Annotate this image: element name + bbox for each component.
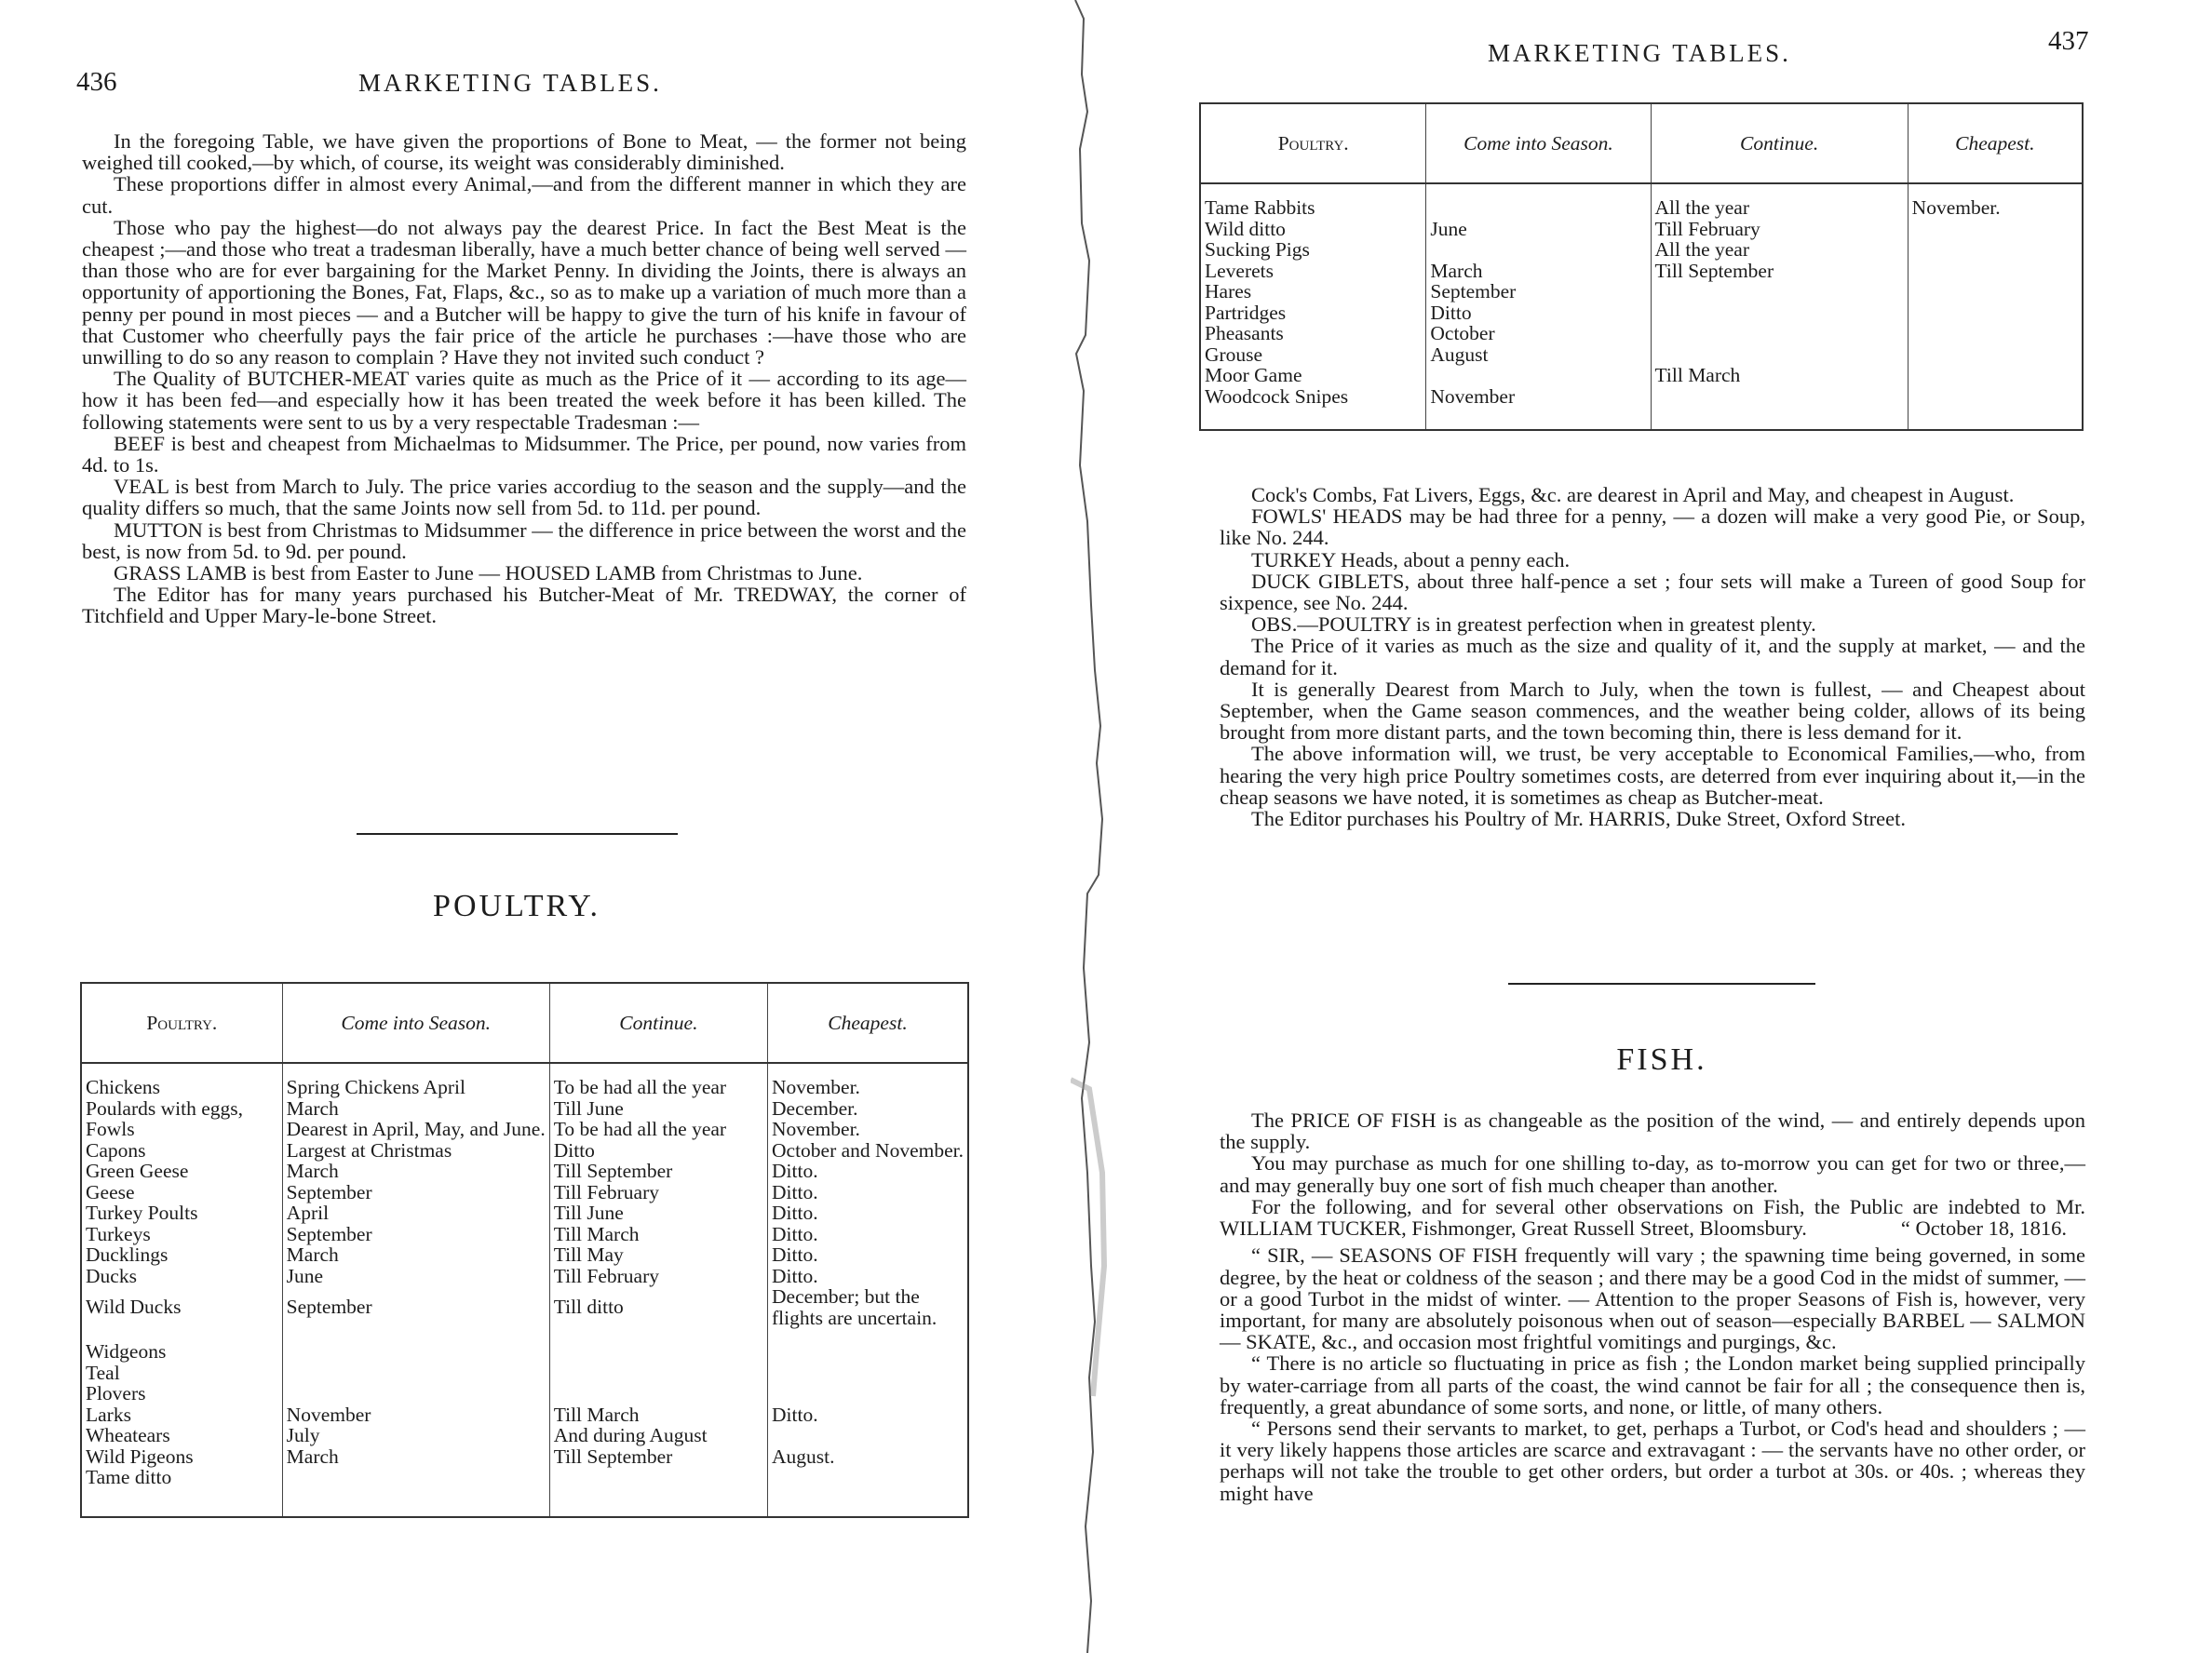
paragraph-lamb: GRASS LAMB is best from Easter to June —… <box>82 562 966 584</box>
cell-cheapest <box>768 1425 969 1446</box>
cell-poultry: Ducklings <box>81 1244 282 1266</box>
paragraph: The PRICE OF FISH is as changeable as th… <box>1220 1109 2085 1152</box>
table-row: Wild PigeonsMarchTill SeptemberAugust. <box>81 1446 968 1468</box>
cell-cheapest: December; but the flights are uncertain. <box>768 1286 969 1328</box>
column-header-poultry: Poultry. <box>1200 103 1426 183</box>
cell-poultry: Widgeons <box>81 1341 282 1363</box>
table-row: FowlsDearest in April, May, and June.To … <box>81 1119 968 1140</box>
cell-continue <box>549 1467 767 1488</box>
cell-poultry: Sucking Pigs <box>1200 239 1426 261</box>
cell-season <box>282 1467 549 1488</box>
cell-cheapest <box>1908 281 2083 302</box>
cell-poultry: Ducks <box>81 1266 282 1287</box>
cell-cheapest <box>1908 365 2083 386</box>
table-row: Plovers <box>81 1383 968 1404</box>
cell-poultry: Hares <box>1200 281 1426 302</box>
cell-poultry: Pheasants <box>1200 323 1426 344</box>
cell-cheapest: Ditto. <box>768 1224 969 1245</box>
table-row: Sucking PigsAll the year <box>1200 239 2083 261</box>
cell-cheapest <box>1908 344 2083 366</box>
column-header-season: Come into Season. <box>282 983 549 1063</box>
letter-paragraph: “ SIR, — SEASONS OF FISH frequently will… <box>1220 1244 2085 1352</box>
cell-continue <box>1651 302 1908 324</box>
cell-poultry: Tame ditto <box>81 1467 282 1488</box>
table-row: Widgeons <box>81 1341 968 1363</box>
cell-poultry: Plovers <box>81 1383 282 1404</box>
paragraph: In the foregoing Table, we have given th… <box>82 130 966 173</box>
paragraph: The Price of it varies as much as the si… <box>1220 635 2085 678</box>
cell-season <box>1426 197 1651 219</box>
cell-poultry: Grouse <box>1200 344 1426 366</box>
paragraph-veal: VEAL is best from March to July. The pri… <box>82 476 966 518</box>
table-row: GeeseSeptemberTill FebruaryDitto. <box>81 1182 968 1203</box>
paragraph: The Quality of BUTCHER-MEAT varies quite… <box>82 368 966 433</box>
cell-season: September <box>282 1182 549 1203</box>
table-row: Turkey PoultsAprilTill JuneDitto. <box>81 1203 968 1224</box>
table-row: Wild dittoJuneTill February <box>1200 219 2083 240</box>
cell-poultry: Tame Rabbits <box>1200 197 1426 219</box>
cell-poultry: Wild Pigeons <box>81 1446 282 1468</box>
cell-season: July <box>282 1425 549 1446</box>
cell-continue: Till February <box>1651 219 1908 240</box>
table-row: HaresSeptember <box>1200 281 2083 302</box>
table-row: Wild DucksSeptemberTill dittoDecember; b… <box>81 1286 968 1328</box>
cell-continue: Ditto <box>549 1140 767 1162</box>
table-header-row: Poultry. Come into Season. Continue. Che… <box>81 983 968 1063</box>
paragraph-beef: BEEF is best and cheapest from Michaelma… <box>82 433 966 476</box>
table-header-row: Poultry. Come into Season. Continue. Che… <box>1200 103 2083 183</box>
cell-cheapest: Ditto. <box>768 1182 969 1203</box>
cell-cheapest: November. <box>1908 197 2083 219</box>
cell-continue: Till June <box>549 1098 767 1120</box>
cell-poultry: Green Geese <box>81 1161 282 1182</box>
cell-continue: All the year <box>1651 197 1908 219</box>
cell-continue: And during August <box>549 1425 767 1446</box>
poultry-notes-text: Cock's Combs, Fat Livers, Eggs, &c. are … <box>1220 484 2085 829</box>
table-row: Tame RabbitsAll the yearNovember. <box>1200 197 2083 219</box>
cell-poultry: Chickens <box>81 1077 282 1098</box>
cell-season: September <box>282 1286 549 1328</box>
cell-continue: Till September <box>549 1161 767 1182</box>
cell-poultry: Teal <box>81 1363 282 1384</box>
cell-continue: Till March <box>1651 365 1908 386</box>
paragraph: DUCK GIBLETS, about three half-pence a s… <box>1220 571 2085 613</box>
paragraph: These proportions differ in almost every… <box>82 173 966 216</box>
cell-cheapest: Ditto. <box>768 1203 969 1224</box>
cell-continue: Till May <box>549 1244 767 1266</box>
cell-poultry: Wheatears <box>81 1425 282 1446</box>
cell-season: Ditto <box>1426 302 1651 324</box>
cell-poultry: Wild Ducks <box>81 1286 282 1328</box>
cell-continue <box>549 1383 767 1404</box>
cell-continue <box>549 1363 767 1384</box>
cell-season: June <box>1426 219 1651 240</box>
table-row: ChickensSpring Chickens AprilTo be had a… <box>81 1077 968 1098</box>
column-header-continue: Continue. <box>549 983 767 1063</box>
cell-continue: Till September <box>549 1446 767 1468</box>
cell-season: March <box>282 1098 549 1120</box>
cell-cheapest: Ditto. <box>768 1244 969 1266</box>
cell-poultry: Geese <box>81 1182 282 1203</box>
section-divider <box>357 833 678 835</box>
paragraph-editor: The Editor has for many years purchased … <box>82 584 966 626</box>
running-head: MARKETING TABLES. <box>1488 39 1791 68</box>
table-row: LeveretsMarchTill September <box>1200 261 2083 282</box>
cell-cheapest <box>768 1467 969 1488</box>
cell-continue: To be had all the year <box>549 1119 767 1140</box>
paragraph: The above information will, we trust, be… <box>1220 743 2085 808</box>
column-header-cheapest: Cheapest. <box>768 983 969 1063</box>
cell-poultry: Partridges <box>1200 302 1426 324</box>
cell-season: Dearest in April, May, and June. <box>282 1119 549 1140</box>
table-row: PartridgesDitto <box>1200 302 2083 324</box>
cell-season: Spring Chickens April <box>282 1077 549 1098</box>
cell-season: November <box>282 1404 549 1426</box>
table-row: Moor GameTill March <box>1200 365 2083 386</box>
letter-paragraph: “ Persons send their servants to market,… <box>1220 1418 2085 1504</box>
table-row: DucklingsMarchTill MayDitto. <box>81 1244 968 1266</box>
cell-season: March <box>1426 261 1651 282</box>
cell-cheapest <box>1908 302 2083 324</box>
cell-poultry: Capons <box>81 1140 282 1162</box>
cell-cheapest <box>1908 219 2083 240</box>
cell-cheapest <box>768 1341 969 1363</box>
cell-season: June <box>282 1266 549 1287</box>
cell-season: March <box>282 1161 549 1182</box>
running-head: MARKETING TABLES. <box>358 69 662 98</box>
table-row: DucksJuneTill FebruaryDitto. <box>81 1266 968 1287</box>
table-row: CaponsLargest at ChristmasDittoOctober a… <box>81 1140 968 1162</box>
section-divider <box>1508 983 1815 985</box>
cell-cheapest: August. <box>768 1446 969 1468</box>
paragraph: Those who pay the highest—do not always … <box>82 217 966 368</box>
cell-continue: To be had all the year <box>549 1077 767 1098</box>
cell-continue: Till September <box>1651 261 1908 282</box>
cell-continue <box>1651 323 1908 344</box>
cell-cheapest <box>1908 323 2083 344</box>
game-table: Poultry. Come into Season. Continue. Che… <box>1199 102 2084 431</box>
cell-cheapest <box>1908 239 2083 261</box>
cell-cheapest: December. <box>768 1098 969 1120</box>
poultry-table: Poultry. Come into Season. Continue. Che… <box>80 982 969 1518</box>
cell-poultry: Turkeys <box>81 1224 282 1245</box>
cell-cheapest: Ditto. <box>768 1161 969 1182</box>
paragraph-mutton: MUTTON is best from Christmas to Midsumm… <box>82 519 966 562</box>
paragraph: OBS.—POULTRY is in greatest perfection w… <box>1220 613 2085 635</box>
cell-cheapest: Ditto. <box>768 1404 969 1426</box>
column-header-continue: Continue. <box>1651 103 1908 183</box>
cell-season: September <box>1426 281 1651 302</box>
cell-cheapest: October and November. <box>768 1140 969 1162</box>
cell-season <box>1426 239 1651 261</box>
cell-continue: Till February <box>549 1266 767 1287</box>
table-row: LarksNovemberTill MarchDitto. <box>81 1404 968 1426</box>
paragraph: The Editor purchases his Poultry of Mr. … <box>1220 808 2085 829</box>
cell-poultry: Poulards with eggs, <box>81 1098 282 1120</box>
cell-continue <box>1651 281 1908 302</box>
table-row: Tame ditto <box>81 1467 968 1488</box>
table-row: Green GeeseMarchTill SeptemberDitto. <box>81 1161 968 1182</box>
column-header-poultry: Poultry. <box>81 983 282 1063</box>
cell-continue: Till March <box>549 1404 767 1426</box>
cell-poultry: Leverets <box>1200 261 1426 282</box>
section-title-fish: FISH. <box>1508 1042 1815 1078</box>
cell-continue: Till March <box>549 1224 767 1245</box>
section-title-poultry: POULTRY. <box>354 889 680 924</box>
fish-text: The PRICE OF FISH is as changeable as th… <box>1220 1109 2085 1504</box>
cell-season <box>282 1383 549 1404</box>
cell-poultry: Moor Game <box>1200 365 1426 386</box>
right-page-437: MARKETING TABLES. 437 Poultry. Come into… <box>1080 0 2212 1653</box>
cell-cheapest <box>768 1363 969 1384</box>
table-row: Poulards with eggs,MarchTill JuneDecembe… <box>81 1098 968 1120</box>
paragraph: TURKEY Heads, about a penny each. <box>1220 549 2085 571</box>
cell-continue: All the year <box>1651 239 1908 261</box>
table-row: GrouseAugust <box>1200 344 2083 366</box>
cell-cheapest: November. <box>768 1077 969 1098</box>
cell-poultry: Woodcock Snipes <box>1200 386 1426 408</box>
left-page-436: 436 MARKETING TABLES. In the foregoing T… <box>0 0 1071 1653</box>
cell-season: March <box>282 1446 549 1468</box>
cell-season: March <box>282 1244 549 1266</box>
cell-continue: Till February <box>549 1182 767 1203</box>
butcher-meat-text: In the foregoing Table, we have given th… <box>82 130 966 627</box>
table-row: TurkeysSeptemberTill MarchDitto. <box>81 1224 968 1245</box>
cell-poultry: Larks <box>81 1404 282 1426</box>
cell-season: September <box>282 1224 549 1245</box>
cell-season: November <box>1426 386 1651 408</box>
cell-continue <box>549 1341 767 1363</box>
table-row: PheasantsOctober <box>1200 323 2083 344</box>
cell-season: October <box>1426 323 1651 344</box>
cell-season <box>282 1341 549 1363</box>
cell-cheapest <box>1908 261 2083 282</box>
cell-season: April <box>282 1203 549 1224</box>
cell-cheapest: November. <box>768 1119 969 1140</box>
column-header-season: Come into Season. <box>1426 103 1651 183</box>
paragraph: Cock's Combs, Fat Livers, Eggs, &c. are … <box>1220 484 2085 505</box>
cell-season: Largest at Christmas <box>282 1140 549 1162</box>
table-row: WheatearsJulyAnd during August <box>81 1425 968 1446</box>
paragraph: You may purchase as much for one shillin… <box>1220 1152 2085 1195</box>
table-row: Teal <box>81 1363 968 1384</box>
paragraph: FOWLS' HEADS may be had three for a penn… <box>1220 505 2085 548</box>
table-row: Woodcock SnipesNovember <box>1200 386 2083 408</box>
cell-cheapest <box>768 1383 969 1404</box>
paragraph: It is generally Dearest from March to Ju… <box>1220 679 2085 744</box>
page-number: 436 <box>76 67 117 98</box>
cell-continue: Till June <box>549 1203 767 1224</box>
letter-paragraph: “ There is no article so fluctuating in … <box>1220 1352 2085 1418</box>
cell-season <box>1426 365 1651 386</box>
cell-cheapest: Ditto. <box>768 1266 969 1287</box>
cell-continue <box>1651 386 1908 408</box>
cell-poultry: Turkey Poults <box>81 1203 282 1224</box>
cell-continue: Till ditto <box>549 1286 767 1328</box>
cell-continue <box>1651 344 1908 366</box>
cell-cheapest <box>1908 386 2083 408</box>
column-header-cheapest: Cheapest. <box>1908 103 2083 183</box>
cell-poultry: Fowls <box>81 1119 282 1140</box>
cell-poultry: Wild ditto <box>1200 219 1426 240</box>
cell-season: August <box>1426 344 1651 366</box>
page-number: 437 <box>2048 26 2089 57</box>
cell-season <box>282 1363 549 1384</box>
